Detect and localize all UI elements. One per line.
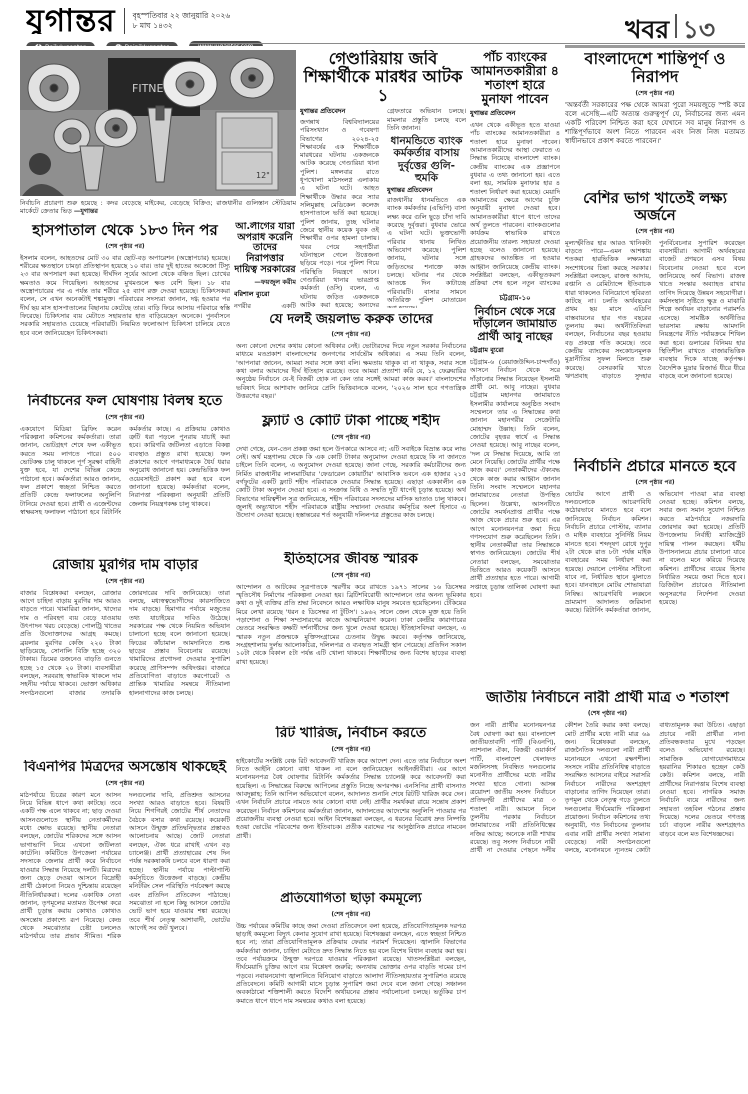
article-headline: আ.লীগের যারা অপরাধ করেনি তাদের নিরাপত্তা… <box>234 222 296 275</box>
section-divider <box>675 14 677 38</box>
article-headline: জাতীয় নির্বাচনে নারী প্রার্থী মাত্র ৩ শ… <box>470 690 745 706</box>
article-itihash: ইতিহাসের জীবন্ত স্মারক (শেষ পৃষ্ঠার পর) … <box>236 552 466 722</box>
continued-label: (শেষ পৃষ্ঠার পর) <box>20 412 230 423</box>
section-name: খবর <box>625 10 669 42</box>
sub-article-headline: ধানমন্ডিতে ব্যাংক কর্মকর্তার বাসায় দুর্… <box>387 135 466 183</box>
article-headline: রোজায় মুরগির দাম বাড়ার <box>20 558 230 574</box>
article-byline: যুগান্তর প্রতিবেদন <box>300 107 379 115</box>
article-byline: বরিশাল ব্যুরো <box>234 289 296 300</box>
article-headline: নির্বাচন থেকে সরে দাঁড়ালেন জামায়াত প্র… <box>470 306 560 343</box>
date-bangla: ৮ মাঘ ১৪৩২ <box>133 21 231 31</box>
article-headline: বেশির ভাগ খাতেই লক্ষ্য অর্জনে <box>565 190 745 224</box>
continued-label: (শেষ পৃষ্ঠার পর) <box>236 432 466 443</box>
section-header: খবর ১৩ <box>625 10 745 42</box>
article-headline: যে দলই জয়লাভ করুক তাদের <box>236 312 466 327</box>
article-body: অন্য কোনো দেশের কথায় কোনো অধিকার নেই। ভ… <box>236 342 466 400</box>
article-body: নগরীর একটি মিলনায়তনে বুধবার দুপুরে আয়ো… <box>234 302 296 308</box>
masthead-dates: বৃহস্পতিবার ২২ জানুয়ারি ২০২৬ ৮ মাঘ ১৪৩২ <box>133 11 231 31</box>
article-jodoli: যে দলই জয়লাভ করুক তাদের (শেষ পৃষ্ঠার পর… <box>236 312 466 410</box>
photo-caption: নির্বাচনি প্রচারণা শুরু হয়েছে : কদর বেড… <box>20 199 296 219</box>
article-bd-shantipurno: বাংলাদেশে শান্তিপূর্ণ ও নিরাপদ (শেষ পৃষ্… <box>565 50 745 186</box>
header-rule-thin <box>190 43 745 44</box>
article-headline: বিএনপির মিত্রদের অসন্তোষ থাকছেই <box>20 760 230 776</box>
continued-label: (শেষ পৃষ্ঠার পর) <box>470 708 745 719</box>
facebook-badge: fDailyJugantor <box>26 42 95 46</box>
article-body: ভোটের আগে প্রার্থী ও দলগুলোকে আচরণবিধি ক… <box>565 490 745 615</box>
continued-label: (শেষ পৃষ্ঠার পর) <box>20 778 230 789</box>
article-body: জন নারী প্রার্থীর মনোনয়নপত্র বৈধ ঘোষণা … <box>470 721 745 854</box>
facebook-icon: f <box>35 44 42 46</box>
continued-label: (শেষ পৃষ্ঠার পর) <box>236 744 466 755</box>
photo-loudspeakers: FITNES 12" <box>20 50 296 196</box>
continued-label: (শেষ পৃষ্ঠার পর) <box>236 909 466 920</box>
article-beshir-bhag: বেশির ভাগ খাতেই লক্ষ্য অর্জনে (শেষ পৃষ্ঠ… <box>565 190 745 454</box>
article-headline: গেণ্ডারিয়ায় জবি শিক্ষার্থীকে মারধর আটক… <box>300 50 466 105</box>
caption-credit: —যুগান্তর <box>74 207 98 215</box>
article-body: যুগান্তর প্রতিবেদন জগন্নাথ বিশ্ববিদ্যালয… <box>300 107 466 308</box>
article-jatiyo-nari: জাতীয় নির্বাচনে নারী প্রার্থী মাত্র ৩ শ… <box>470 690 745 1078</box>
article-headline: বাংলাদেশে শান্তিপূর্ণ ও নিরাপদ <box>565 50 745 86</box>
article-kicker: চট্টগ্রাম-১০ <box>470 292 560 304</box>
article-prochar: নির্বাচনি প্রচারে মানতে হবে (শেষ পৃষ্ঠার… <box>565 458 745 686</box>
article-body: একযোগে মিডিয়া ব্রিফিং করেন পরিকল্পনা কম… <box>20 425 230 517</box>
article-body: দেখা গেছে, যেন-তেন প্রকল্প জমা হলে উপকার… <box>236 445 466 520</box>
date-gregorian: বৃহস্পতিবার ২২ জানুয়ারি ২০২৬ <box>133 11 231 21</box>
masthead-divider <box>124 8 125 34</box>
badge-label: DailyJugantor <box>45 44 86 46</box>
article-body: ইসলাম বলেন, আহতদের মোট ৩০ বার ছোট-বড় অপ… <box>20 254 230 337</box>
article-body: হাইকোর্টের সংশ্লিষ্ট বেঞ্চ রিট আবেদনটি খ… <box>236 757 466 840</box>
article-body: চট্টগ্রাম-৬ (রেয়াজউদ্দিন-চান্দগাঁও) আসন… <box>470 358 560 600</box>
article-panch-bank: পাঁচ ব্যাংকের আমানতকারীরা ৪ শতাংশ হারে ম… <box>470 50 560 288</box>
article-headline: ইতিহাসের জীবন্ত স্মারক <box>236 552 466 568</box>
article-chattogram: চট্টগ্রাম-১০ নির্বাচন থেকে সরে দাঁড়ালেন… <box>470 292 560 686</box>
loudspeakers-illustration: FITNES 12" <box>20 50 296 196</box>
sub-article-byline: যুগান্তর প্রতিবেদন <box>387 186 466 194</box>
article-flat-koti: ফ্ল্যাট ও কোটি টাকা পাচ্ছে শহীদ (শেষ পৃষ… <box>236 414 466 548</box>
article-bnp-mitro: বিএনপির মিত্রদের অসন্তোষ থাকছেই (শেষ পৃষ… <box>20 760 230 1078</box>
continued-label: (শেষ পৃষ্ঠার পর) <box>20 576 230 587</box>
article-headline: নির্বাচনি প্রচারে মানতে হবে <box>565 458 745 475</box>
article-gendaria: গেণ্ডারিয়ায় জবি শিক্ষার্থীকে মারধর আটক… <box>300 50 466 308</box>
article-rit-kharij: রিট খারিজ, নির্বাচন করতে (শেষ পৃষ্ঠার পর… <box>236 726 466 888</box>
article-headline: প্রতিযোগিতা ছাড়া কমমূল্যে <box>236 892 466 907</box>
article-protijogita: প্রতিযোগিতা ছাড়া কমমূল্যে (শেষ পৃষ্ঠার … <box>236 892 466 1078</box>
article-headline: পাঁচ ব্যাংকের আমানতকারীরা ৪ শতাংশ হারে ম… <box>470 50 560 106</box>
article-nirbachoner-fol: নির্বাচনের ফল ঘোষণায় বিলম্ব হতে (শেষ পৃ… <box>20 394 230 554</box>
sub-article-text: রাজধানীর ধানমন্ডিতে এক ব্যাংক কর্মকর্তার… <box>387 196 466 308</box>
article-body: আন্দোলন ও আটকের সূত্রপাতকে স্মরণীয় করে … <box>236 583 466 666</box>
article-byline: যুগান্তর প্রতিবেদন <box>470 108 560 119</box>
header-rule-thick <box>565 45 745 48</box>
newspaper-logo: যুগান্তর <box>26 8 116 34</box>
article-headline: রিট খারিজ, নির্বাচন করতে <box>236 726 466 742</box>
continued-label: (শেষ পৃষ্ঠার পর) <box>565 88 745 99</box>
article-rojay-murgi: রোজায় মুরগির দাম বাড়ার (শেষ পৃষ্ঠার পর… <box>20 558 230 756</box>
article-body: 'অন্তর্বর্তী সরকারের পক্ষ থেকে আমরা পুরো… <box>565 101 745 146</box>
article-body: উচ্চ পর্যায়ের কমিটির কাছে জমা দেওয়া প্… <box>236 922 466 1005</box>
continued-label: (শেষ পৃষ্ঠার পর) <box>236 570 466 581</box>
continued-label: (শেষ পৃষ্ঠার পর) <box>20 241 230 252</box>
article-body: মূল্যস্ফীতির হার আরও খানিকটা বাড়তে পারে… <box>565 239 745 381</box>
article-headline: হাসপাতাল থেকে ১৮৩ দিন পর <box>20 222 230 239</box>
continued-label: (শেষ পৃষ্ঠার পর) <box>565 226 745 237</box>
masthead-badges: fDailyJugantor ⓘDainikJugantor www.jugan… <box>26 33 346 46</box>
article-body: এখন থেকে একীভূত হতে যাওয়া পাঁচ ব্যাংকের… <box>470 121 560 288</box>
article-headline: ফ্ল্যাট ও কোটি টাকা পাচ্ছে শহীদ <box>236 414 466 430</box>
article-aleeg: আ.লীগের যারা অপরাধ করেনি তাদের নিরাপত্তা… <box>234 222 296 308</box>
article-headline: নির্বাচনের ফল ঘোষণায় বিলম্ব হতে <box>20 394 230 410</box>
masthead: যুগান্তর বৃহস্পতিবার ২২ জানুয়ারি ২০২৬ ৮… <box>26 8 446 34</box>
article-body: বাজার বিশ্লেষকরা বলছেন, রোজার আগে চাহিদা… <box>20 589 230 697</box>
article-hashpatal: হাসপাতাল থেকে ১৮৩ দিন পর (শেষ পৃষ্ঠার পর… <box>20 222 230 390</box>
social-icon: ⓘ <box>115 44 122 46</box>
continued-label: (শেষ পৃষ্ঠার পর) <box>236 329 466 340</box>
article-body: মাঠপর্যায়ে চিত্রের কারণ মনে আসন নিয়ে ব… <box>20 791 230 941</box>
article-attribution: —ফয়জুল করীম <box>234 277 296 288</box>
page-number: ১৩ <box>683 10 715 42</box>
continued-label: (শেষ পৃষ্ঠার পর) <box>565 477 745 488</box>
social-badge: ⓘDainikJugantor <box>106 42 178 46</box>
badge-label: DainikJugantor <box>125 44 169 46</box>
article-byline: চট্টগ্রাম ব্যুরো <box>470 345 560 356</box>
photo-box-label: 12" <box>256 171 270 180</box>
newspaper-page: যুগান্তর বৃহস্পতিবার ২২ জানুয়ারি ২০২৬ ৮… <box>0 0 748 1094</box>
caption-text: নির্বাচনি প্রচারণা শুরু হয়েছে : কদর বেড… <box>20 199 296 215</box>
